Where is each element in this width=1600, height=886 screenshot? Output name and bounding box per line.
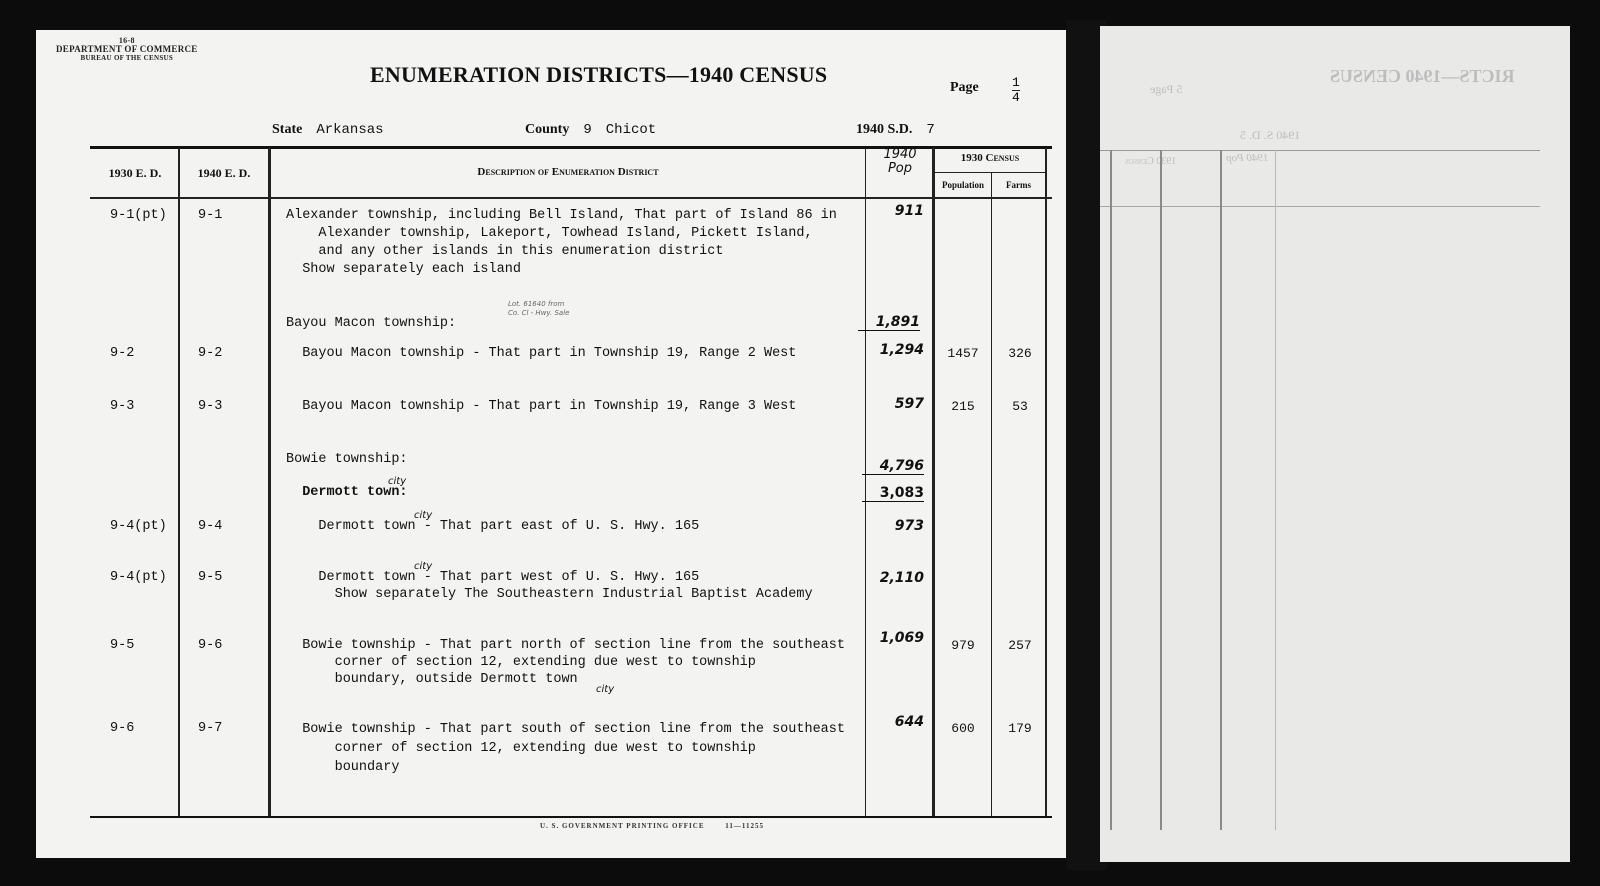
row-ed-1940: 9-2 bbox=[198, 345, 222, 363]
row-description-line: Show separately The Southeastern Industr… bbox=[286, 586, 813, 604]
row-pop-1940: 597 bbox=[862, 396, 924, 412]
row-description-line: boundary bbox=[286, 759, 399, 777]
facing-page-census-header: 1930 Census bbox=[1125, 156, 1176, 167]
row-description-line: Bayou Macon township - That part in Town… bbox=[286, 345, 796, 363]
row-description-line: Bayou Macon township - That part in Town… bbox=[286, 398, 796, 416]
printer-footer: U. S. GOVERNMENT PRINTING OFFICE 11—1125… bbox=[540, 822, 764, 830]
col-divider bbox=[178, 148, 180, 816]
facing-page-col-line bbox=[1110, 150, 1112, 830]
col-header-farms: Farms bbox=[992, 180, 1045, 190]
bureau-name: BUREAU OF THE CENSUS bbox=[56, 54, 198, 63]
table-bottom-rule bbox=[90, 816, 1052, 818]
col-header-1930-census: 1930 Census bbox=[935, 152, 1045, 164]
form-code: 11—11255 bbox=[725, 822, 764, 830]
facing-page-col-line bbox=[1160, 150, 1162, 830]
row-farms-1930: 53 bbox=[992, 399, 1048, 414]
row-pop-1940-subtotal: 1,891 bbox=[858, 314, 920, 331]
row-ed-1930: 9-5 bbox=[110, 637, 134, 655]
col-header-1930-ed: 1930 E. D. bbox=[92, 166, 178, 181]
facing-page-page-label: 5 Page bbox=[1150, 82, 1182, 97]
row-description-line: Alexander township, including Bell Islan… bbox=[286, 207, 837, 225]
city-correction: city bbox=[414, 510, 432, 521]
row-ed-1930: 9-1(pt) bbox=[110, 207, 167, 225]
col-divider bbox=[932, 148, 935, 816]
facing-sd-label: 1940 S. D. bbox=[1249, 128, 1300, 142]
sd-label: 1940 S.D. bbox=[856, 122, 912, 137]
state-field: StateArkansas bbox=[272, 122, 384, 138]
row-description-line: Alexander township, Lakeport, Towhead Is… bbox=[286, 225, 813, 243]
row-pop-1930: 979 bbox=[935, 638, 991, 653]
page-total-value: 4 bbox=[1012, 90, 1020, 105]
facing-page-title: RICTS—1940 CENSUS bbox=[1330, 66, 1515, 87]
row-pop-1940: 644 bbox=[862, 714, 924, 730]
row-ed-1940: 9-1 bbox=[198, 207, 222, 225]
row-ed-1930: 9-2 bbox=[110, 345, 134, 363]
county-number: 9 bbox=[583, 122, 591, 138]
row-ed-1940: 9-4 bbox=[198, 518, 222, 536]
row-pop-1940-subtotal: 3,083 bbox=[862, 485, 924, 502]
margin-note: Lot. 61640 from Co. Cl - Hwy. Sale bbox=[508, 300, 569, 318]
facing-page-col-line bbox=[1220, 150, 1222, 830]
facing-page-sd: 1940 S. D. 5 bbox=[1240, 128, 1300, 143]
row-ed-1940: 9-5 bbox=[198, 569, 222, 587]
census-subheader-rule bbox=[935, 172, 1045, 173]
state-label: State bbox=[272, 122, 302, 137]
row-pop-1940: 1,294 bbox=[862, 342, 924, 358]
row-description-line: Bowie township - That part south of sect… bbox=[286, 721, 845, 739]
facing-page-label: Page bbox=[1150, 82, 1173, 96]
col-header-population: Population bbox=[935, 180, 991, 190]
row-pop-1940: 2,110 bbox=[862, 570, 924, 586]
row-description-line: boundary, outside Dermott town bbox=[286, 671, 578, 689]
city-correction: city bbox=[596, 684, 614, 695]
margin-note-line1: Lot. 61640 from bbox=[508, 300, 569, 309]
facing-page-rule bbox=[1100, 206, 1540, 207]
county-label: County bbox=[525, 122, 569, 137]
row-pop-1930: 215 bbox=[935, 399, 991, 414]
col-header-1940-ed: 1940 E. D. bbox=[180, 166, 268, 181]
row-description-line: and any other islands in this enumeratio… bbox=[286, 243, 723, 261]
state-value: Arkansas bbox=[316, 122, 383, 138]
row-ed-1940: 9-3 bbox=[198, 398, 222, 416]
row-description-line: Bowie township: bbox=[286, 451, 408, 469]
row-description-line: Show separately each island bbox=[286, 261, 521, 279]
row-ed-1940: 9-6 bbox=[198, 637, 222, 655]
col-divider bbox=[268, 148, 271, 816]
row-description-line: Bayou Macon township: bbox=[286, 315, 456, 333]
county-value: Chicot bbox=[606, 122, 656, 138]
row-pop-1930: 1457 bbox=[935, 346, 991, 361]
margin-note-line2: Co. Cl - Hwy. Sale bbox=[508, 309, 569, 318]
page-number: 1 4 bbox=[1012, 76, 1020, 105]
facing-sd-value: 5 bbox=[1240, 128, 1246, 142]
department-name: DEPARTMENT OF COMMERCE bbox=[56, 45, 198, 54]
row-ed-1930: 9-4(pt) bbox=[110, 569, 167, 587]
census-page-right bbox=[1100, 26, 1570, 862]
col-divider bbox=[1045, 148, 1047, 816]
row-ed-1930: 9-6 bbox=[110, 720, 134, 738]
col-divider bbox=[991, 172, 992, 816]
row-farms-1930: 257 bbox=[992, 638, 1048, 653]
col-header-1940-pop: 1940 Pop bbox=[870, 148, 930, 176]
county-field: County9Chicot bbox=[525, 122, 656, 138]
row-description-line: Bowie township - That part north of sect… bbox=[286, 637, 845, 655]
page-label: Page bbox=[950, 80, 979, 96]
row-pop-1940: 1,069 bbox=[862, 630, 924, 646]
page-title: ENUMERATION DISTRICTS—1940 CENSUS bbox=[370, 62, 827, 88]
sd-field: 1940 S.D.7 bbox=[856, 122, 935, 138]
row-description-line: Dermott town - That part west of U. S. H… bbox=[286, 569, 699, 587]
sd-value: 7 bbox=[926, 122, 934, 138]
city-correction: city bbox=[388, 476, 406, 487]
row-description-line: corner of section 12, extending due west… bbox=[286, 740, 756, 758]
department-header: 16-8 DEPARTMENT OF COMMERCE BUREAU OF TH… bbox=[56, 36, 198, 63]
page-number-value: 1 bbox=[1012, 76, 1020, 91]
header-bottom-rule bbox=[90, 197, 1052, 199]
row-ed-1930: 9-3 bbox=[110, 398, 134, 416]
facing-page-number: 5 bbox=[1176, 82, 1182, 96]
printer-name: U. S. GOVERNMENT PRINTING OFFICE bbox=[540, 822, 705, 830]
city-correction: city bbox=[414, 561, 432, 572]
row-farms-1930: 179 bbox=[992, 721, 1048, 736]
pop-1940-header-line2: Pop bbox=[870, 162, 930, 176]
row-ed-1930: 9-4(pt) bbox=[110, 518, 167, 536]
row-farms-1930: 326 bbox=[992, 346, 1048, 361]
pop-1940-header-line1: 1940 bbox=[870, 148, 930, 162]
row-pop-1940: 973 bbox=[862, 518, 924, 534]
facing-page-col-line bbox=[1275, 150, 1276, 830]
facing-page-rule bbox=[1100, 150, 1540, 151]
row-pop-1940: 911 bbox=[862, 203, 924, 219]
row-pop-1930: 600 bbox=[935, 721, 991, 736]
row-description-line: corner of section 12, extending due west… bbox=[286, 654, 756, 672]
row-description-line: Dermott town - That part east of U. S. H… bbox=[286, 518, 699, 536]
row-ed-1940: 9-7 bbox=[198, 720, 222, 738]
row-pop-1940-subtotal: 4,796 bbox=[862, 458, 924, 475]
col-header-description: Description of Enumeration District bbox=[272, 166, 864, 178]
facing-page-pop-header: 1940 Pop bbox=[1226, 152, 1268, 164]
